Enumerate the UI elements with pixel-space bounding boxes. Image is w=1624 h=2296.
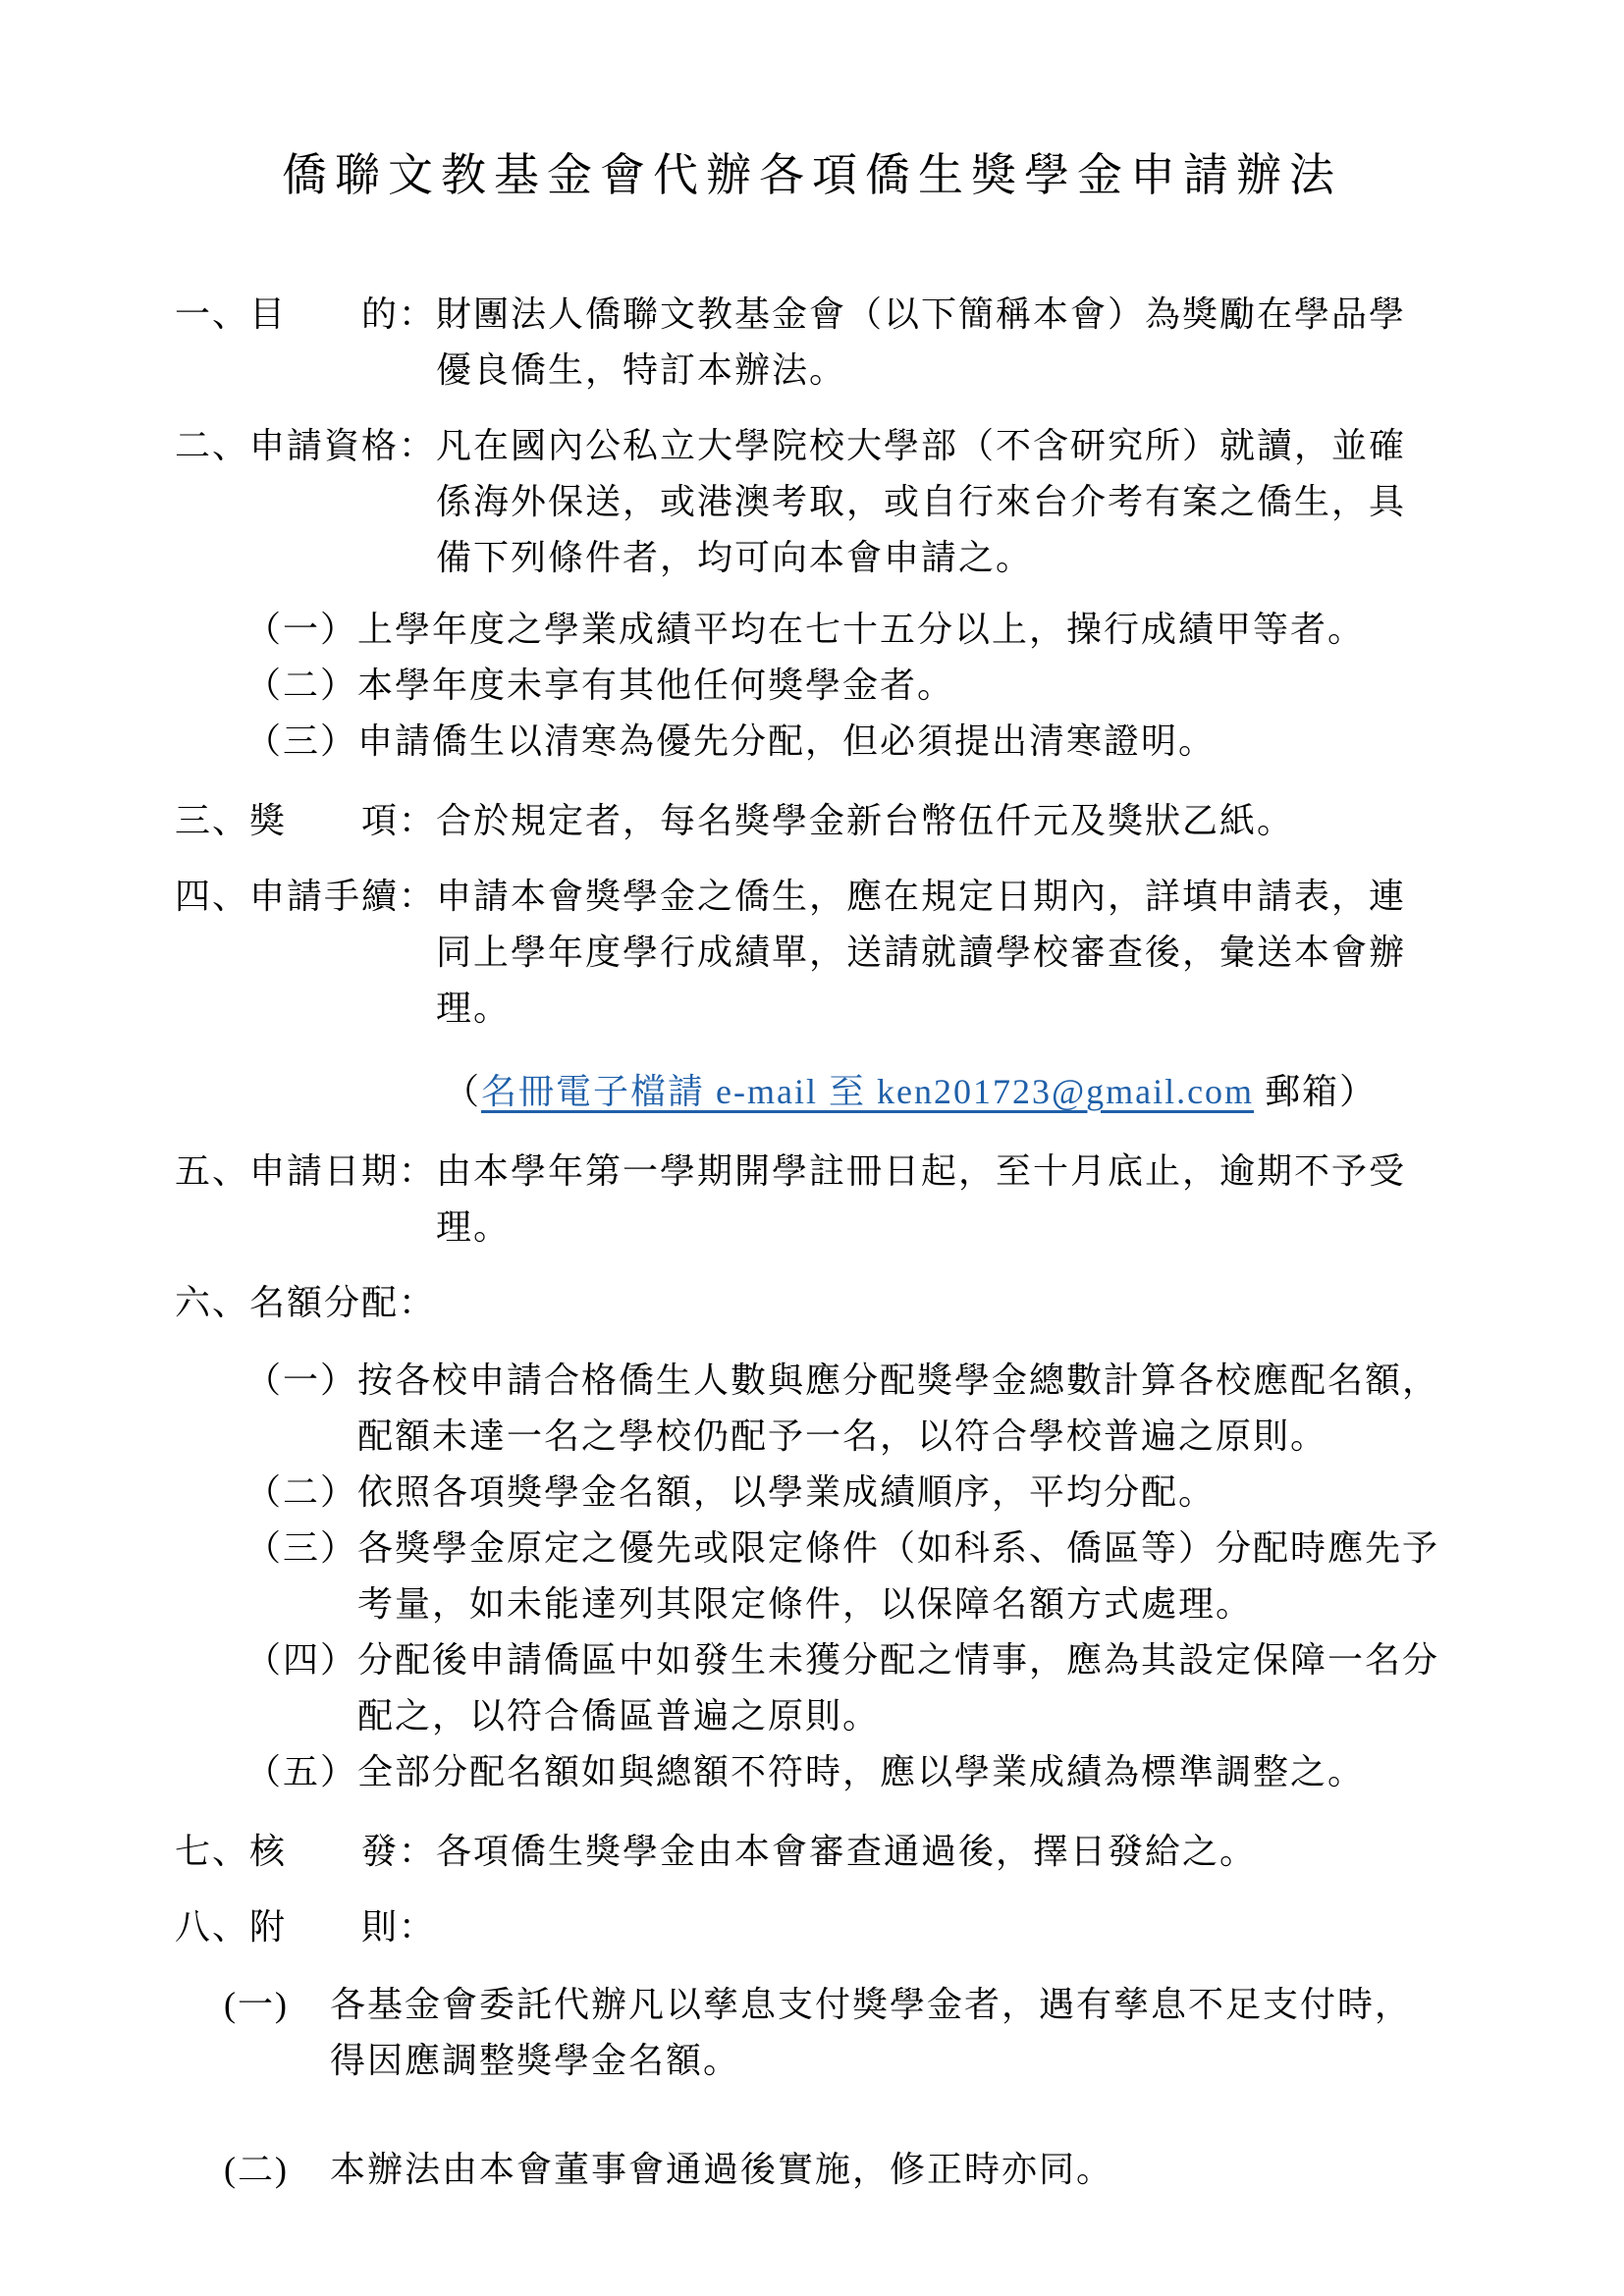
list-item-marker: （一） <box>245 602 357 658</box>
section-award: 三、獎 項： 合於規定者，每名獎學金新台幣伍仟元及獎狀乙紙。 <box>175 793 1487 849</box>
list-item: （二） 依照各項獎學金名額，以學業成績順序，平均分配。 <box>245 1465 1487 1521</box>
section-label: 七、核 發： <box>175 1824 436 1880</box>
section-label: 三、獎 項： <box>175 793 436 849</box>
email-note-prefix: （ <box>444 1072 481 1111</box>
section-text: 各項僑生獎學金由本會審查通過後，擇日發給之。 <box>436 1824 1487 1880</box>
list-item-marker: (二) <box>224 2142 330 2198</box>
section-label: 六、名額分配： <box>175 1275 436 1331</box>
list-item-text: 全部分配名額如與總額不符時，應以學業成績為標準調整之。 <box>357 1744 1487 1800</box>
email-link[interactable]: 名冊電子檔請 e-mail 至 ken201723@gmail.com <box>481 1072 1254 1111</box>
list-item-marker: （一） <box>245 1353 357 1465</box>
section-label: 四、申請手續： <box>175 869 436 1037</box>
list-item: （二） 本學年度未享有其他任何獎學金者。 <box>245 658 1487 714</box>
list-item-marker: （五） <box>245 1744 357 1800</box>
section-eligibility: 二、申請資格： 凡在國內公私立大學院校大學部（不含研究所）就讀，並確 係海外保送… <box>175 418 1487 586</box>
list-item-text: 本學年度未享有其他任何獎學金者。 <box>357 658 1487 714</box>
list-item-text: 上學年度之學業成績平均在七十五分以上，操行成績甲等者。 <box>357 602 1487 658</box>
section-label: 五、申請日期： <box>175 1144 436 1255</box>
section-text: 由本學年第一學期開學註冊日起，至十月底止，逾期不予受 理。 <box>436 1144 1487 1255</box>
list-item-marker: （三） <box>245 1521 357 1632</box>
list-item: （四） 分配後申請僑區中如發生未獲分配之情事，應為其設定保障一名分 配之，以符合… <box>245 1632 1487 1744</box>
list-item-text: 按各校申請合格僑生人數與應分配獎學金總數計算各校應配名額， 配額未達一名之學校仍… <box>357 1353 1487 1465</box>
section-text: 合於規定者，每名獎學金新台幣伍仟元及獎狀乙紙。 <box>436 793 1487 849</box>
email-note: （名冊電子檔請 e-mail 至 ken201723@gmail.com 郵箱） <box>444 1064 1487 1120</box>
section-text: 財團法人僑聯文教基金會（以下簡稱本會）為獎勵在學品學 優良僑生，特訂本辦法。 <box>436 287 1487 399</box>
list-item-text: 各基金會委託代辦凡以孳息支付獎學金者，遇有孳息不足支付時， 得因應調整獎學金名額… <box>330 1977 1487 2089</box>
section-label: 八、附 則： <box>175 1899 436 1955</box>
section-label: 二、申請資格： <box>175 418 436 586</box>
section-label: 一、目 的： <box>175 287 436 399</box>
section-application-date: 五、申請日期： 由本學年第一學期開學註冊日起，至十月底止，逾期不予受 理。 <box>175 1144 1487 1255</box>
list-item-text: 依照各項獎學金名額，以學業成績順序，平均分配。 <box>357 1465 1487 1521</box>
list-item-marker: (一) <box>224 1977 330 2089</box>
section-text: 申請本會獎學金之僑生，應在規定日期內，詳填申請表，連 同上學年度學行成績單，送請… <box>436 869 1487 1037</box>
list-item: （三） 申請僑生以清寒為優先分配，但必須提出清寒證明。 <box>245 714 1487 770</box>
section-quota-allocation: 六、名額分配： <box>175 1275 1487 1331</box>
list-item: （五） 全部分配名額如與總額不符時，應以學業成績為標準調整之。 <box>245 1744 1487 1800</box>
list-item-text: 申請僑生以清寒為優先分配，但必須提出清寒證明。 <box>357 714 1487 770</box>
list-item: （一） 按各校申請合格僑生人數與應分配獎學金總數計算各校應配名額， 配額未達一名… <box>245 1353 1487 1465</box>
list-item-text: 各獎學金原定之優先或限定條件（如科系、僑區等）分配時應先予 考量，如未能達列其限… <box>357 1521 1487 1632</box>
supplementary-list: (一) 各基金會委託代辦凡以孳息支付獎學金者，遇有孳息不足支付時， 得因應調整獎… <box>224 1977 1487 2198</box>
page-title: 僑聯文教基金會代辦各項僑生獎學金申請辦法 <box>0 0 1624 208</box>
list-item-text: 分配後申請僑區中如發生未獲分配之情事，應為其設定保障一名分 配之，以符合僑區普遍… <box>357 1632 1487 1744</box>
document-page: 僑聯文教基金會代辦各項僑生獎學金申請辦法 一、目 的： 財團法人僑聯文教基金會（… <box>0 0 1624 2296</box>
section-issuance: 七、核 發： 各項僑生獎學金由本會審查通過後，擇日發給之。 <box>175 1824 1487 1880</box>
section-text <box>436 1275 1487 1331</box>
email-note-suffix: 郵箱） <box>1254 1072 1377 1111</box>
list-item: (一) 各基金會委託代辦凡以孳息支付獎學金者，遇有孳息不足支付時， 得因應調整獎… <box>224 1977 1487 2089</box>
eligibility-conditions-list: （一） 上學年度之學業成績平均在七十五分以上，操行成績甲等者。 （二） 本學年度… <box>245 602 1487 770</box>
list-item-marker: （三） <box>245 714 357 770</box>
list-item: （三） 各獎學金原定之優先或限定條件（如科系、僑區等）分配時應先予 考量，如未能… <box>245 1521 1487 1632</box>
list-item-text: 本辦法由本會董事會通過後實施，修正時亦同。 <box>330 2142 1487 2198</box>
section-procedure: 四、申請手續： 申請本會獎學金之僑生，應在規定日期內，詳填申請表，連 同上學年度… <box>175 869 1487 1037</box>
quota-allocation-list: （一） 按各校申請合格僑生人數與應分配獎學金總數計算各校應配名額， 配額未達一名… <box>245 1353 1487 1800</box>
list-item: （一） 上學年度之學業成績平均在七十五分以上，操行成績甲等者。 <box>245 602 1487 658</box>
list-item-marker: （四） <box>245 1632 357 1744</box>
section-supplementary: 八、附 則： <box>175 1899 1487 1955</box>
list-item: (二) 本辦法由本會董事會通過後實施，修正時亦同。 <box>224 2142 1487 2198</box>
list-item-marker: （二） <box>245 658 357 714</box>
list-item-marker: （二） <box>245 1465 357 1521</box>
section-purpose: 一、目 的： 財團法人僑聯文教基金會（以下簡稱本會）為獎勵在學品學 優良僑生，特… <box>175 287 1487 399</box>
section-text: 凡在國內公私立大學院校大學部（不含研究所）就讀，並確 係海外保送，或港澳考取，或… <box>436 418 1487 586</box>
section-text <box>436 1899 1487 1955</box>
